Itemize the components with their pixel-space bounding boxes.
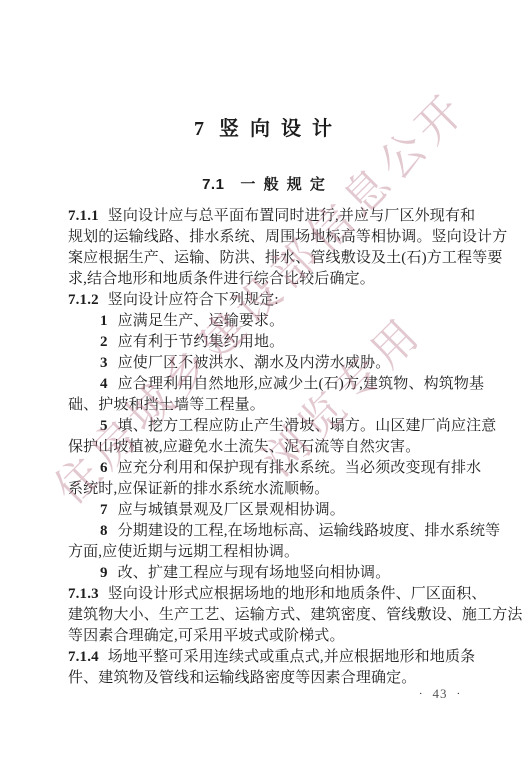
section-heading: 7.1一 般 规 定 (0, 173, 529, 194)
line-text: 应合理利用自然地形,应减少土(石)方,建筑物、构筑物基 (118, 376, 485, 392)
line-text: 应使厂区不被洪水、潮水及内涝水威胁。 (118, 355, 391, 371)
line-number: 2 (100, 334, 108, 350)
continuation-line: 建筑物大小、生产工艺、运输方式、建筑密度、管线敷设、施工方法 (68, 605, 468, 626)
continuation-line: 系统时,应保证新的排水系统水流顺畅。 (68, 479, 468, 500)
line-text: 案应根据生产、运输、防洪、排水、管线敷设及土(石)方工程等要 (68, 250, 503, 266)
line-text: 竖向设计应与总平面布置同时进行,并应与厂区外现有和 (108, 208, 476, 224)
line-text: 础、护坡和挡土墙等工程量。 (68, 397, 265, 413)
footer-left-dot: · (419, 688, 424, 700)
list-item-line: 1应满足生产、运输要求。 (68, 311, 468, 332)
footer-right-dot: · (457, 688, 462, 700)
section-heading-text: 一 般 规 定 (240, 176, 327, 193)
clause-line: 7.1.4场地平整可采用连续式或重点式,并应根据地形和地质条 (68, 647, 468, 668)
page-footer: ·43· (402, 686, 478, 702)
line-text: 建筑物大小、生产工艺、运输方式、建筑密度、管线敷设、施工方法 (68, 607, 523, 623)
list-item-line: 8分期建设的工程,在场地标高、运输线路坡度、排水系统等 (68, 521, 468, 542)
clause-line: 7.1.2竖向设计应符合下列规定: (68, 290, 468, 311)
continuation-line: 等因素合理确定,可采用平坡式或阶梯式。 (68, 626, 468, 647)
page-number: 43 (433, 686, 448, 701)
line-number: 5 (100, 418, 108, 434)
line-text: 填、挖方工程应防止产生滑坡、塌方。山区建厂尚应注意 (118, 418, 497, 434)
line-text: 改、扩建工程应与现有场地竖向相协调。 (118, 565, 391, 581)
document-body: 7.1.1竖向设计应与总平面布置同时进行,并应与厂区外现有和规划的运输线路、排水… (68, 206, 468, 689)
line-number: 7.1.4 (68, 649, 99, 665)
list-item-line: 6应充分利用和保护现有排水系统。当必须改变现有排水 (68, 458, 468, 479)
line-text: 应有利于节约集约用地。 (118, 334, 285, 350)
chapter-title: 7竖 向 设 计 (0, 112, 529, 141)
line-text: 求,结合地形和地质条件进行综合比较后确定。 (68, 271, 375, 287)
continuation-line: 案应根据生产、运输、防洪、排水、管线敷设及土(石)方工程等要 (68, 248, 468, 269)
continuation-line: 方面,应使近期与远期工程相协调。 (68, 542, 468, 563)
list-item-line: 9改、扩建工程应与现有场地竖向相协调。 (68, 563, 468, 584)
line-text: 件、建筑物及管线和运输线路密度等因素合理确定。 (68, 670, 416, 686)
clause-line: 7.1.3竖向设计形式应根据场地的地形和地质条件、厂区面积、 (68, 584, 468, 605)
line-text: 应与城镇景观及厂区景观相协调。 (118, 502, 345, 518)
line-text: 方面,应使近期与远期工程相协调。 (68, 544, 299, 560)
line-text: 保护山坡植被,应避免水土流失、泥石流等自然灾害。 (68, 439, 420, 455)
list-item-line: 2应有利于节约集约用地。 (68, 332, 468, 353)
line-text: 等因素合理确定,可采用平坡式或阶梯式。 (68, 628, 345, 644)
line-number: 4 (100, 376, 108, 392)
list-item-line: 7应与城镇景观及厂区景观相协调。 (68, 500, 468, 521)
document-page: 7竖 向 设 计 7.1一 般 规 定 7.1.1竖向设计应与总平面布置同时进行… (0, 0, 529, 767)
line-number: 8 (100, 523, 108, 539)
line-number: 7 (100, 502, 108, 518)
section-number: 7.1 (202, 176, 224, 193)
line-text: 竖向设计形式应根据场地的地形和地质条件、厂区面积、 (108, 586, 487, 602)
line-number: 7.1.2 (68, 292, 99, 308)
line-text: 规划的运输线路、排水系统、周围场地标高等相协调。竖向设计方 (68, 229, 507, 245)
line-number: 7.1.1 (68, 208, 99, 224)
line-text: 系统时,应保证新的排水系统水流顺畅。 (68, 481, 329, 497)
line-number: 6 (100, 460, 108, 476)
list-item-line: 3应使厂区不被洪水、潮水及内涝水威胁。 (68, 353, 468, 374)
line-number: 1 (100, 313, 108, 329)
clause-line: 7.1.1竖向设计应与总平面布置同时进行,并应与厂区外现有和 (68, 206, 468, 227)
line-number: 3 (100, 355, 108, 371)
line-text: 场地平整可采用连续式或重点式,并应根据地形和地质条 (108, 649, 476, 665)
continuation-line: 求,结合地形和地质条件进行综合比较后确定。 (68, 269, 468, 290)
line-number: 7.1.3 (68, 586, 99, 602)
continuation-line: 保护山坡植被,应避免水土流失、泥石流等自然灾害。 (68, 437, 468, 458)
line-text: 竖向设计应符合下列规定: (108, 292, 279, 308)
line-text: 分期建设的工程,在场地标高、运输线路坡度、排水系统等 (118, 523, 501, 539)
chapter-number: 7 (194, 118, 204, 140)
chapter-title-text: 竖 向 设 计 (219, 118, 335, 140)
continuation-line: 础、护坡和挡土墙等工程量。 (68, 395, 468, 416)
continuation-line: 规划的运输线路、排水系统、周围场地标高等相协调。竖向设计方 (68, 227, 468, 248)
line-number: 9 (100, 565, 108, 581)
line-text: 应满足生产、运输要求。 (118, 313, 285, 329)
line-text: 应充分利用和保护现有排水系统。当必须改变现有排水 (118, 460, 482, 476)
list-item-line: 5填、挖方工程应防止产生滑坡、塌方。山区建厂尚应注意 (68, 416, 468, 437)
list-item-line: 4应合理利用自然地形,应减少土(石)方,建筑物、构筑物基 (68, 374, 468, 395)
